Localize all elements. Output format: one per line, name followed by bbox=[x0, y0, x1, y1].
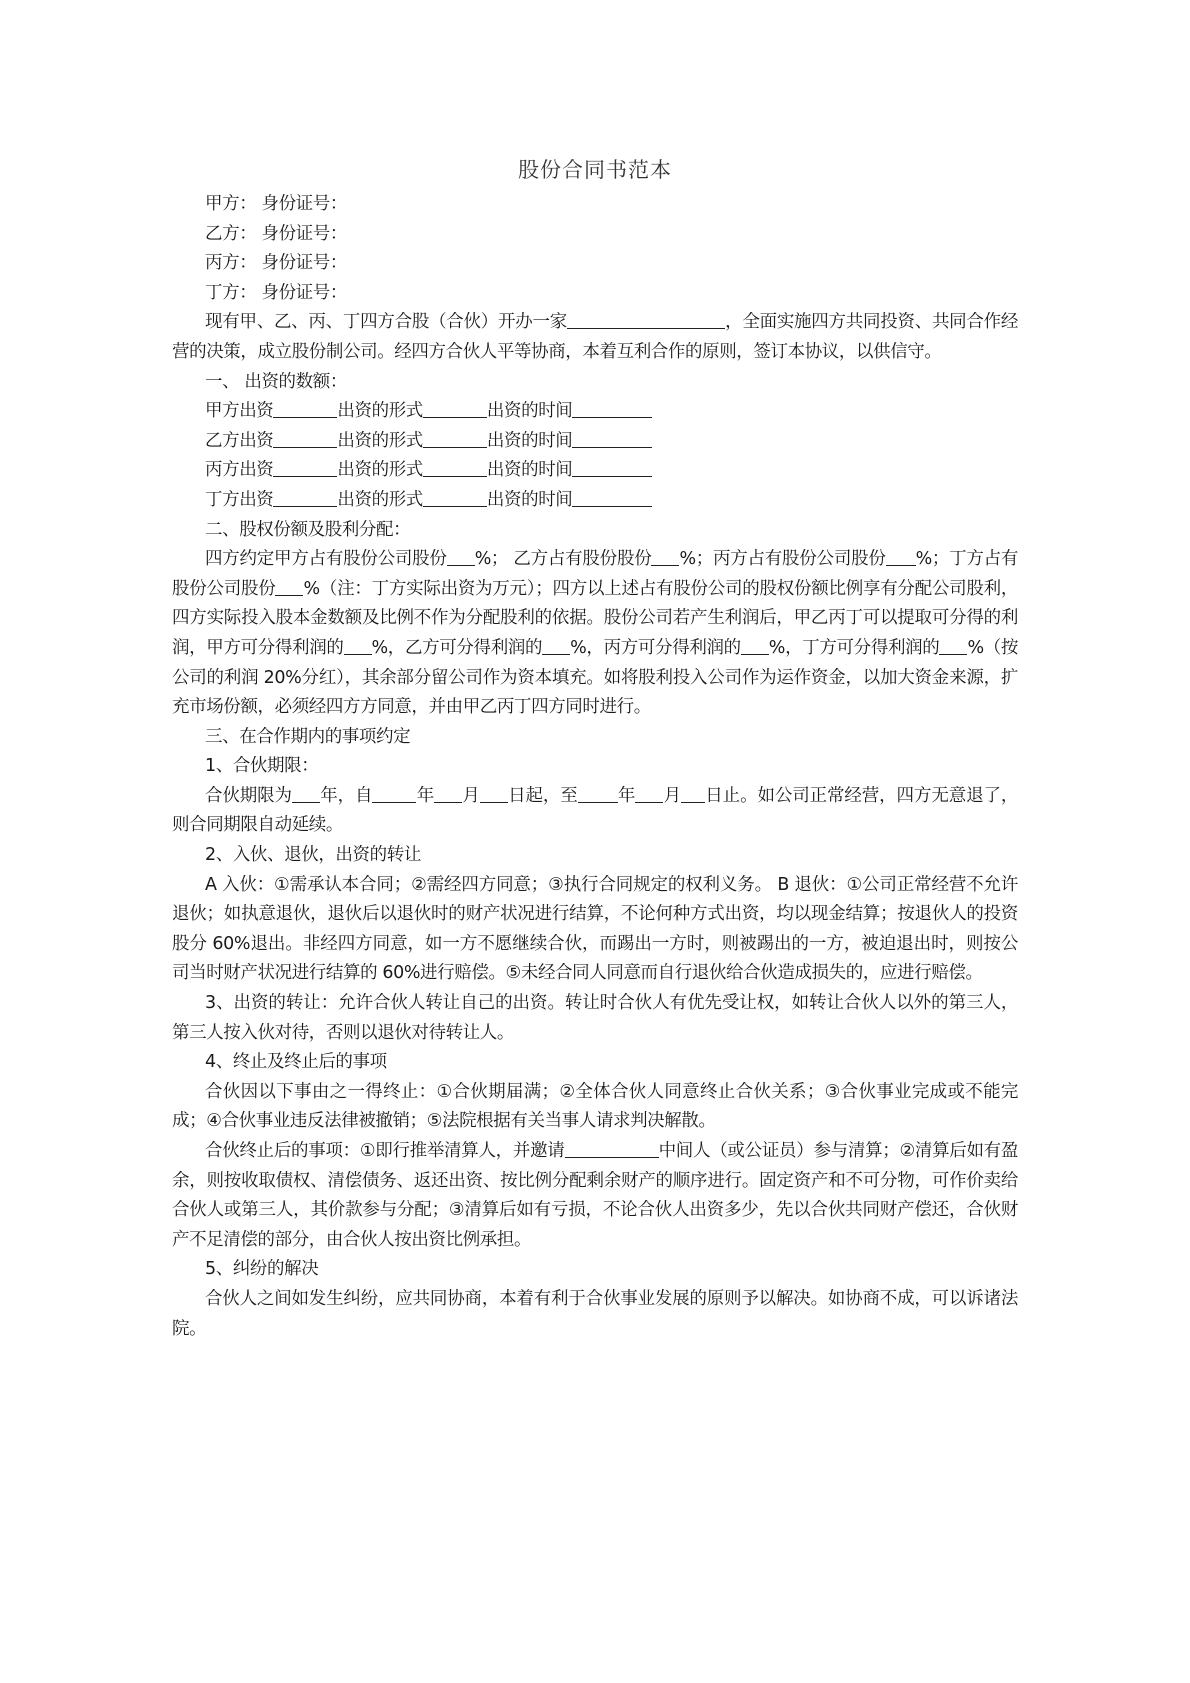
company-name-blank bbox=[567, 312, 725, 329]
form-label: 出资的形式 bbox=[337, 431, 423, 451]
blank bbox=[572, 460, 652, 477]
text: 合伙期限为 bbox=[205, 786, 292, 806]
contribution-row: 丁方出资出资的形式出资的时间 bbox=[172, 486, 1018, 516]
blank bbox=[578, 786, 618, 803]
contribution-row: 丙方出资出资的形式出资的时间 bbox=[172, 456, 1018, 486]
blank bbox=[447, 549, 475, 566]
contribution-row: 乙方出资出资的形式出资的时间 bbox=[172, 427, 1018, 457]
text: 四方约定甲方占有股份公司股份 bbox=[205, 549, 447, 569]
party-label: 丁方： bbox=[205, 283, 256, 303]
time-label: 出资的时间 bbox=[487, 431, 573, 451]
party-label: 丙方： bbox=[205, 253, 256, 273]
section2-heading: 二、股权份额及股利分配： bbox=[172, 516, 1018, 546]
party-line: 丁方： 身份证号： bbox=[172, 279, 1018, 309]
party-line: 甲方： 身份证号： bbox=[172, 190, 1018, 220]
text: %；丙方占有股份公司股份 bbox=[679, 549, 885, 569]
blank bbox=[292, 786, 320, 803]
blank bbox=[273, 460, 337, 477]
blank bbox=[423, 431, 487, 448]
time-label: 出资的时间 bbox=[487, 401, 573, 421]
sub2-paragraph: A 入伙：①需承认本合同；②需经四方同意；③执行合同规定的权利义务。 B 退伙：… bbox=[172, 871, 1018, 989]
text: %； 乙方占有股份股份 bbox=[475, 549, 652, 569]
sub3-paragraph: 3、出资的转让：允许合伙人转让自己的出资。转让时合伙人有优先受让权，如转让合伙人… bbox=[172, 989, 1018, 1048]
sub5-paragraph: 合伙人之间如发生纠纷，应共同协商，本着有利于合伙事业发展的原则予以解决。如协商不… bbox=[172, 1285, 1018, 1344]
blank bbox=[423, 401, 487, 418]
blank bbox=[572, 490, 652, 507]
time-label: 出资的时间 bbox=[487, 490, 573, 510]
blank bbox=[886, 549, 916, 566]
blank bbox=[372, 786, 416, 803]
form-label: 出资的形式 bbox=[337, 460, 423, 480]
text: 月 bbox=[462, 786, 480, 806]
id-label: 身份证号： bbox=[261, 194, 347, 214]
text: 年，自 bbox=[320, 786, 372, 806]
blank bbox=[572, 431, 652, 448]
blank bbox=[273, 490, 337, 507]
intro-text: 现有甲、乙、丙、丁四方合股（合伙）开办一家 bbox=[205, 312, 567, 332]
blank bbox=[480, 786, 508, 803]
document-title: 股份合同书范本 bbox=[172, 152, 1018, 188]
blank bbox=[565, 1141, 659, 1158]
blank bbox=[273, 401, 337, 418]
text: 年 bbox=[618, 786, 636, 806]
id-label: 身份证号： bbox=[261, 283, 347, 303]
intro-paragraph: 现有甲、乙、丙、丁四方合股（合伙）开办一家，全面实施四方共同投资、共同合作经营的… bbox=[172, 308, 1018, 367]
form-label: 出资的形式 bbox=[337, 401, 423, 421]
contribution-row: 甲方出资出资的形式出资的时间 bbox=[172, 397, 1018, 427]
text: 月 bbox=[663, 786, 681, 806]
party-line: 丙方： 身份证号： bbox=[172, 249, 1018, 279]
contract-document: 股份合同书范本 甲方： 身份证号： 乙方： 身份证号： 丙方： 身份证号： 丁方… bbox=[172, 152, 1018, 1344]
term-paragraph: 合伙期限为年，自年月日起，至年月日止。如公司正常经营，四方无意退了，则合同期限自… bbox=[172, 782, 1018, 841]
sub1-heading: 1、合伙期限： bbox=[172, 752, 1018, 782]
party-contribution: 甲方出资 bbox=[205, 401, 273, 421]
sub2-heading: 2、入伙、退伙，出资的转让 bbox=[172, 841, 1018, 871]
sub4-paragraph-2: 合伙终止后的事项：①即行推举清算人，并邀请中间人（或公证员）参与清算；②清算后如… bbox=[172, 1137, 1018, 1255]
blank bbox=[635, 786, 663, 803]
blank bbox=[572, 401, 652, 418]
time-label: 出资的时间 bbox=[487, 460, 573, 480]
section2-paragraph: 四方约定甲方占有股份公司股份%； 乙方占有股份股份%；丙方占有股份公司股份%；丁… bbox=[172, 545, 1018, 723]
blank bbox=[939, 638, 967, 655]
sub4-heading: 4、终止及终止后的事项 bbox=[172, 1048, 1018, 1078]
id-label: 身份证号： bbox=[261, 224, 347, 244]
blank bbox=[275, 579, 303, 596]
blank bbox=[344, 638, 372, 655]
party-contribution: 丁方出资 bbox=[205, 490, 273, 510]
blank bbox=[542, 638, 570, 655]
blank bbox=[434, 786, 462, 803]
form-label: 出资的形式 bbox=[337, 490, 423, 510]
blank bbox=[651, 549, 679, 566]
blank bbox=[741, 638, 769, 655]
section1-heading: 一、 出资的数额： bbox=[172, 368, 1018, 398]
party-label: 乙方： bbox=[205, 224, 256, 244]
text: 合伙终止后的事项：①即行推举清算人，并邀请 bbox=[205, 1141, 565, 1161]
text: %，丙方可分得利润的 bbox=[570, 638, 741, 658]
party-list: 甲方： 身份证号： 乙方： 身份证号： 丙方： 身份证号： 丁方： 身份证号： bbox=[172, 190, 1018, 308]
blank bbox=[681, 786, 705, 803]
text: %，乙方可分得利润的 bbox=[372, 638, 543, 658]
section3-heading: 三、在合作期内的事项约定 bbox=[172, 723, 1018, 753]
blank bbox=[273, 431, 337, 448]
party-line: 乙方： 身份证号： bbox=[172, 220, 1018, 250]
text: 年 bbox=[416, 786, 434, 806]
text: 日起，至 bbox=[508, 786, 578, 806]
blank bbox=[423, 460, 487, 477]
party-contribution: 乙方出资 bbox=[205, 431, 273, 451]
id-label: 身份证号： bbox=[261, 253, 347, 273]
sub5-heading: 5、纠纷的解决 bbox=[172, 1255, 1018, 1285]
text: %，丁方可分得利润的 bbox=[769, 638, 940, 658]
blank bbox=[423, 490, 487, 507]
party-label: 甲方： bbox=[205, 194, 256, 214]
party-contribution: 丙方出资 bbox=[205, 460, 273, 480]
sub4-paragraph-1: 合伙因以下事由之一得终止：①合伙期届满；②全体合伙人同意终止合伙关系；③合伙事业… bbox=[172, 1078, 1018, 1137]
